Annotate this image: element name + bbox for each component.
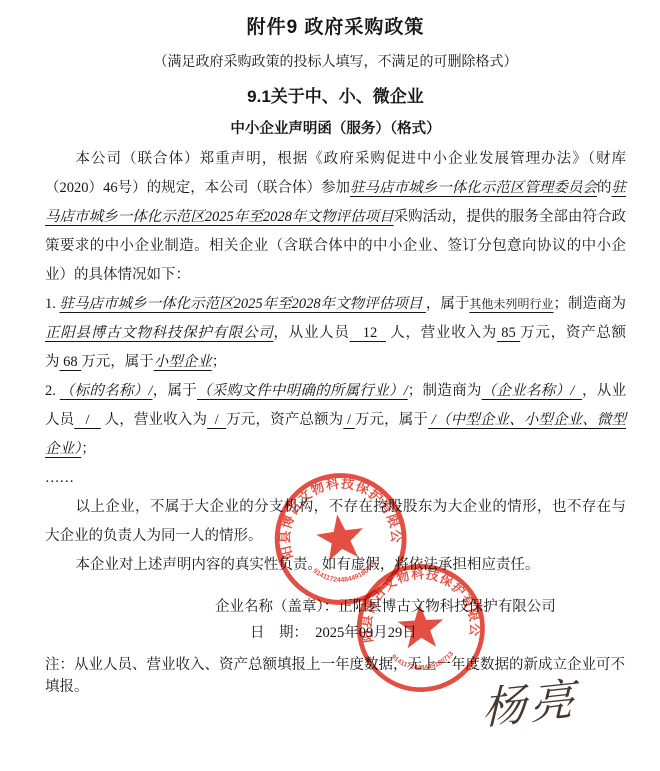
text-run: 正阳县博古文物科技保护有限公司 xyxy=(45,325,273,341)
footnote-line: 注：从业人员、营业收入、资产总额填报上一年度数据，无上一年度数据的新成立企业可不… xyxy=(45,654,626,698)
text-run: 68 xyxy=(60,354,82,370)
text-run: / xyxy=(207,412,226,428)
signature-block: 企业名称（盖章）：正阳县博古文物科技保护有限公司 日 期： 2025年09月29… xyxy=(45,594,626,646)
text-run: 其他未列明行业 xyxy=(469,297,553,311)
date-line: 日 期： 2025年09月29日 xyxy=(45,620,626,646)
text-run: 小型企业 xyxy=(154,354,212,370)
document-page: { "document": { "title": "附件9 政府采购政策", "… xyxy=(0,0,660,771)
text-run: ，从业人员 xyxy=(273,325,349,341)
company-name-value: 正阳县博古文物科技保护有限公司 xyxy=(338,599,556,615)
declaration-body: 本公司（联合体）郑重声明，根据《政府采购促进中小企业发展管理办法》（财库（202… xyxy=(45,145,626,580)
company-name-label: 企业名称（盖章）： xyxy=(215,599,338,615)
text-run: （采购文件中明确的所属行业）/ xyxy=(197,383,408,399)
text-run: 驻马店市城乡一体化示范区2025年至2028年文物评估项目 xyxy=(60,296,426,312)
text-run: 2. xyxy=(45,383,60,399)
title-note: （满足政府采购政策的投标人填写，不满足的可删除格式） xyxy=(45,53,626,73)
company-name-line: 企业名称（盖章）：正阳县博古文物科技保护有限公司 xyxy=(45,594,626,620)
text-run: ；制造商为 xyxy=(408,383,482,399)
text-run: （企业名称）/ xyxy=(482,383,582,399)
text-run: / xyxy=(343,412,355,428)
text-run: 驻马店市城乡一体化示范区管理委员会 xyxy=(350,180,597,196)
text-run: 的 xyxy=(597,180,612,196)
text-run: 1. xyxy=(45,296,60,312)
closing-paragraph-1: 以上企业，不属于大企业的分支机构，不存在控股股东为大企业的情形，也不存在与大企业… xyxy=(45,493,626,551)
document-content: 附件9 政府采购政策 （满足政府采购政策的投标人填写，不满足的可删除格式） 9.… xyxy=(0,16,660,698)
text-run: 85 xyxy=(497,325,520,341)
text-run: ，属于 xyxy=(426,296,470,312)
text-run: 万元，资产总额为 xyxy=(226,412,343,428)
text-run: 人，营业收入为 xyxy=(101,412,207,428)
enterprise-item-2: 2. （标的名称）/，属于（采购文件中明确的所属行业）/；制造商为（企业名称）/… xyxy=(45,377,626,464)
form-heading: 中小企业声明函（服务）（格式） xyxy=(45,119,626,139)
section-heading: 9.1关于中、小、微企业 xyxy=(45,85,626,109)
text-run: / xyxy=(74,412,101,428)
text-run: 人，营业收入为 xyxy=(386,325,497,341)
closing-paragraph-2: 本企业对上述声明内容的真实性负责。如有虚假，将依法承担相应责任。 xyxy=(45,551,626,580)
text-run: 万元，属于 xyxy=(355,412,428,428)
enterprise-item-1: 1. 驻马店市城乡一体化示范区2025年至2028年文物评估项目 ，属于其他未列… xyxy=(45,290,626,377)
page-title: 附件9 政府采购政策 xyxy=(45,16,626,40)
ellipsis-line: …… xyxy=(45,464,626,493)
text-run: ； xyxy=(212,354,227,370)
text-run: ；制造商为 xyxy=(553,296,626,312)
declaration-paragraph: 本公司（联合体）郑重声明，根据《政府采购促进中小企业发展管理办法》（财库（202… xyxy=(45,145,626,290)
text-run: ，属于 xyxy=(152,383,197,399)
text-run: 12 xyxy=(350,325,386,341)
text-run: （标的名称）/ xyxy=(60,383,153,399)
text-run: 万元，属于 xyxy=(81,354,154,370)
text-run: ； xyxy=(81,441,96,457)
